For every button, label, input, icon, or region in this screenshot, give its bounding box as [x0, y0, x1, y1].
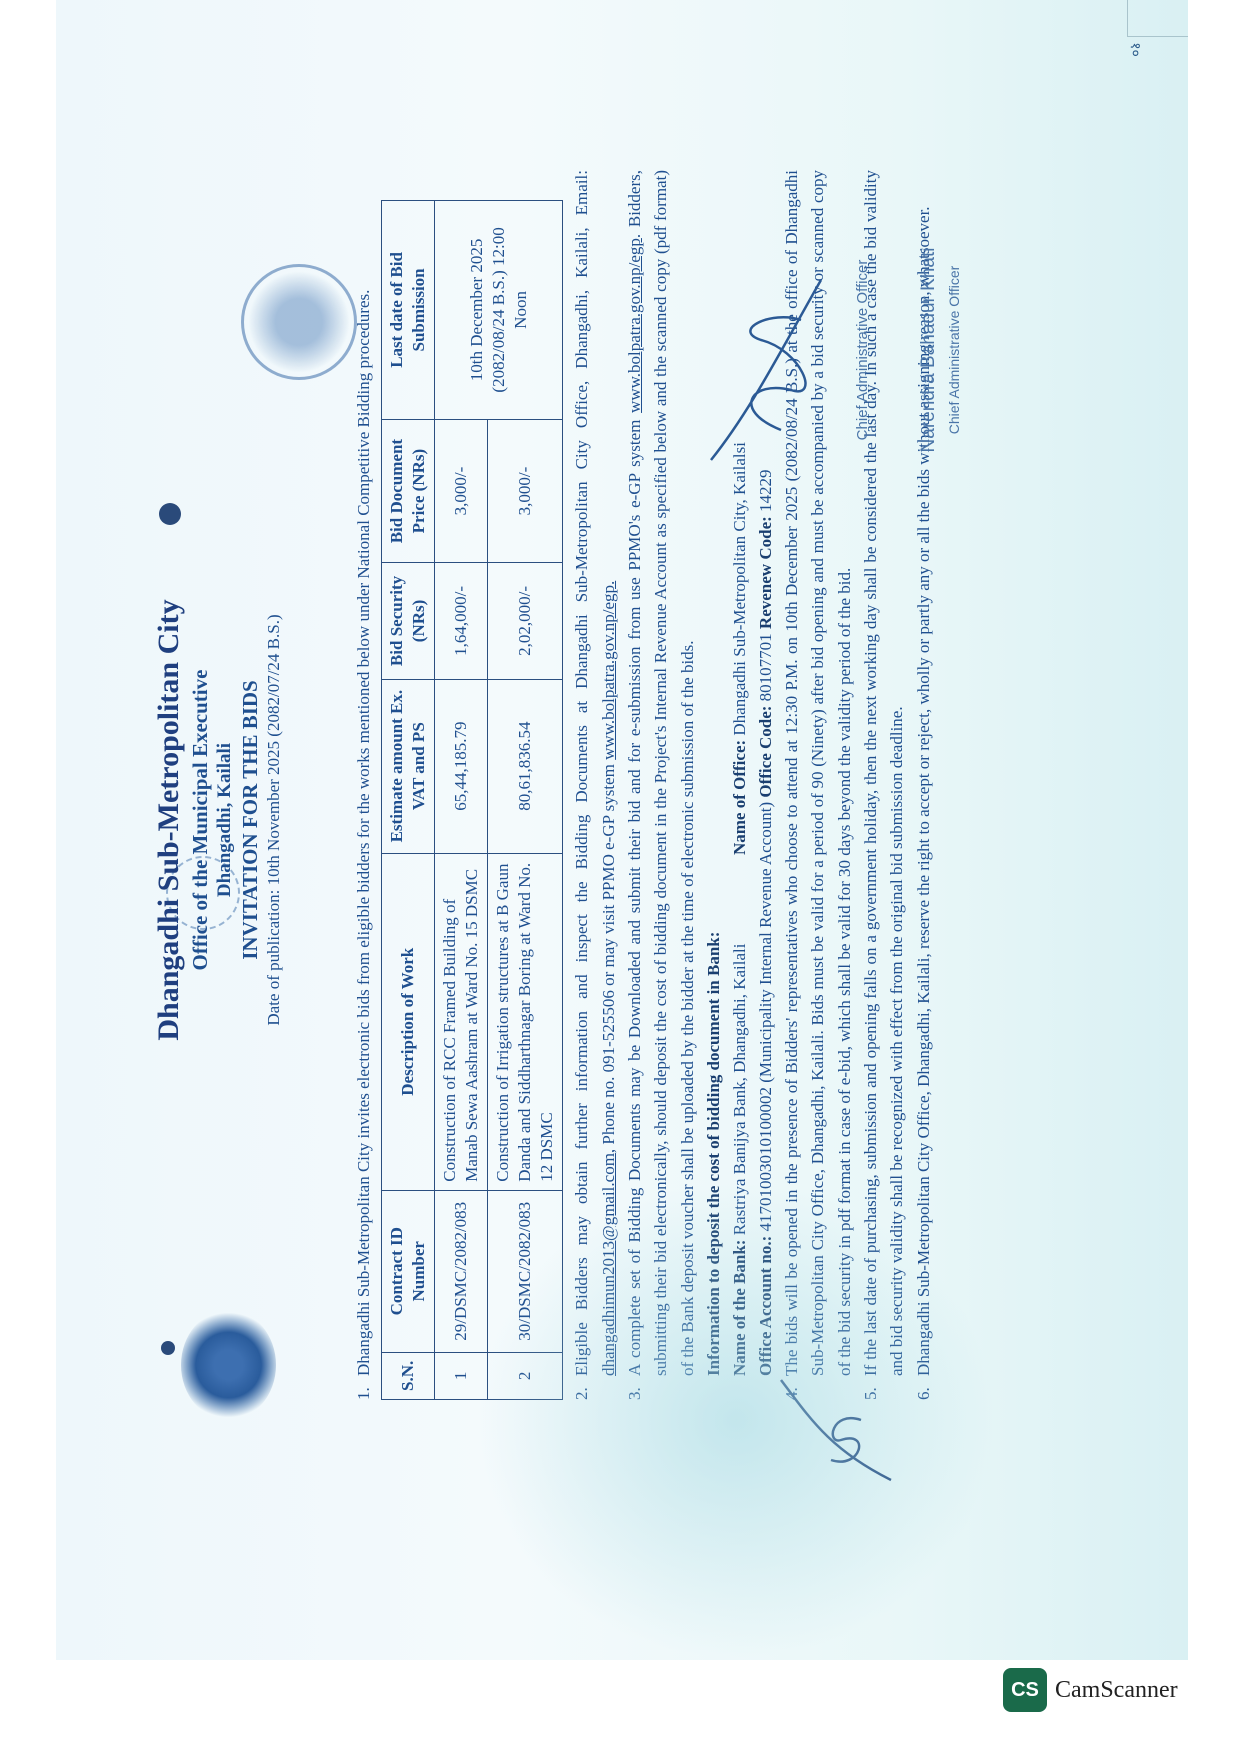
egp-link[interactable]: www.bolpatra.gov.np/egp	[625, 238, 644, 413]
officer-signature-icon	[691, 270, 831, 470]
office-location: Dhangadhi, Kailali	[213, 370, 237, 1270]
official-seal-icon	[241, 264, 357, 380]
works-table: S.N. Contract ID Number Description of W…	[381, 200, 563, 1400]
col-description: Description of Work	[382, 853, 435, 1190]
notice-body: 1. Dhangadhi Sub-Metropolitan City invit…	[351, 170, 937, 1400]
bank-heading: Information to deposit the cost of biddi…	[704, 932, 723, 1376]
clause-3: 3. A complete set of Bidding Documents m…	[622, 170, 701, 1400]
publication-date: Date of publication: 10th November 2025 …	[263, 370, 285, 1270]
camscanner-logo-icon: CS	[1003, 1668, 1047, 1712]
col-last-date: Last date of Bid Submission	[382, 201, 435, 420]
signatory-block: Chief Administrative Officer Narendra Ba…	[851, 220, 965, 480]
camscanner-watermark: CS CamScanner	[1003, 1668, 1178, 1712]
col-doc-price: Bid Document Price (NRs)	[382, 419, 435, 562]
org-name: Dhangadhi Sub-Metropolitan City	[151, 370, 187, 1270]
scanned-page: Dhangadhi Sub-Metropolitan City Office o…	[56, 0, 1188, 1660]
letterhead: Dhangadhi Sub-Metropolitan City Office o…	[151, 370, 285, 1270]
punch-hole-icon	[161, 1341, 175, 1355]
camscanner-label: CamScanner	[1055, 1677, 1178, 1704]
col-sn: S.N.	[382, 1352, 435, 1399]
page-corner	[1127, 0, 1188, 37]
clause-2: 2. Eligible Bidders may obtain further i…	[569, 170, 622, 1400]
col-bid-security: Bid Security (NRs)	[382, 563, 435, 679]
signatory-name: Narendra Bahadur Khati	[914, 220, 943, 480]
clause-1: 1. Dhangadhi Sub-Metropolitan City invit…	[351, 170, 377, 1400]
nepal-emblem-icon	[181, 1310, 276, 1420]
col-contract-id: Contract ID Number	[382, 1190, 435, 1352]
initials-signature-icon	[771, 1370, 911, 1490]
table-row: 1 29/DSMC/2082/083 Construction of RCC F…	[435, 201, 488, 1400]
office-name: Office of the Municipal Executive	[187, 370, 213, 1270]
email-link[interactable]: dhangadhimun2013@gmail.com	[599, 1153, 618, 1376]
egp-link[interactable]: www.bolpatra.gov.np/egp.	[599, 581, 618, 760]
last-date-cell: 10th December 2025 (2082/08/24 B.S.) 12:…	[435, 201, 563, 420]
page-number-mark: १०	[1126, 42, 1145, 57]
notice-title: INVITATION FOR THE BIDS	[237, 370, 263, 1270]
rotated-document: Dhangadhi Sub-Metropolitan City Office o…	[151, 70, 1051, 1570]
col-estimate: Estimate amount Ex. VAT and PS	[382, 679, 435, 853]
signatory-role: Chief Administrative Officer	[944, 220, 966, 480]
